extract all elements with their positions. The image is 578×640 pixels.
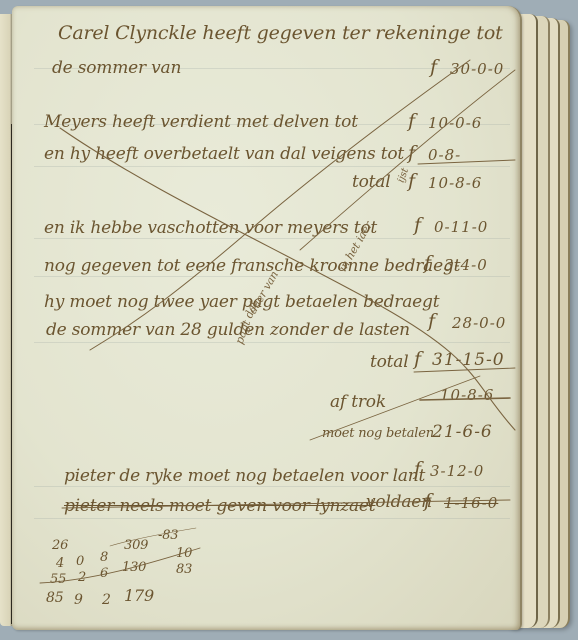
florin-sign: f	[424, 490, 431, 512]
entry-text-struck: pieter neels moet geven voor lynzaet	[64, 496, 375, 516]
scratch-cell: 0	[76, 554, 84, 569]
entry-amount: 28-0-0	[452, 314, 506, 332]
scratch-cell: 9	[74, 592, 83, 608]
scratch-cell: 2	[78, 570, 86, 585]
entry-amount: 30-0-0	[450, 60, 504, 78]
scratch-cell: 6	[100, 566, 108, 581]
entry-amount: 3-4-0	[444, 256, 488, 274]
florin-sign: f	[408, 110, 415, 132]
scratch-cell: 10	[176, 546, 192, 561]
scratch-cell: 55	[50, 572, 66, 587]
ruled-line	[34, 518, 510, 519]
ruled-line	[34, 238, 510, 239]
scratch-cell: -83	[158, 528, 178, 543]
entry-amount: 10-0-6	[428, 114, 482, 132]
entry-amount: 10-8-6	[440, 386, 494, 404]
entry-amount: 0-8-	[428, 146, 461, 164]
entry-amount: 1-16-0	[444, 494, 498, 512]
entry-amount: 21-6-6	[432, 422, 493, 442]
entry-amount: 3-12-0	[430, 462, 484, 480]
florin-sign: f	[408, 170, 415, 192]
scratch-cell: 83	[176, 562, 192, 577]
scratch-cell: 179	[124, 586, 154, 605]
scratch-cell: 4	[56, 556, 64, 571]
entry-text: en hy heeft overbetaelt van dal veigens …	[44, 144, 404, 164]
ledger-page	[12, 6, 522, 630]
entry-amount: 10-8-6	[428, 174, 482, 192]
ruled-line	[34, 166, 510, 167]
settled-note: voldaen	[366, 492, 432, 512]
scratch-cell: 130	[122, 560, 146, 575]
entry-text: pieter de ryke moet nog betaelen voor la…	[64, 466, 425, 486]
balance-label: moet nog betalen	[322, 426, 434, 441]
entry-text: nog gegeven tot eene fransche kroonne be…	[44, 256, 460, 276]
scratch-cell: 26	[52, 538, 68, 553]
total-label: total	[352, 172, 390, 192]
ruled-line	[34, 342, 510, 343]
florin-sign: f	[408, 142, 415, 164]
entry-text: de sommer van 28 gulden zonder de lasten	[46, 320, 410, 340]
scratch-cell: 309	[124, 538, 148, 553]
scratch-cell: 8	[100, 550, 108, 565]
florin-sign: f	[428, 310, 435, 332]
entry-text: hy moet nog twee yaer pagt betaelen bedr…	[44, 292, 439, 312]
entry-text: Meyers heeft verdient met delven tot	[44, 112, 358, 132]
total-label: total	[370, 352, 408, 372]
florin-sign: f	[414, 214, 421, 236]
florin-sign: f	[414, 348, 421, 370]
subtract-label: af trok	[330, 392, 386, 412]
scratch-cell: 85	[46, 590, 63, 606]
entry-amount: 0-11-0	[434, 218, 488, 236]
florin-sign: f	[430, 56, 437, 78]
entry-amount: 31-15-0	[432, 350, 505, 370]
entry-text: en ik hebbe vaschotten voor meyers tot	[44, 218, 377, 238]
entry-text: Carel Clynckle heeft gegeven ter rekenin…	[58, 22, 503, 44]
ruled-line	[34, 486, 510, 487]
florin-sign: f	[414, 458, 421, 480]
entry-text: de sommer van	[52, 58, 181, 78]
florin-sign: f	[424, 252, 431, 274]
scratch-cell: 2	[102, 592, 111, 608]
